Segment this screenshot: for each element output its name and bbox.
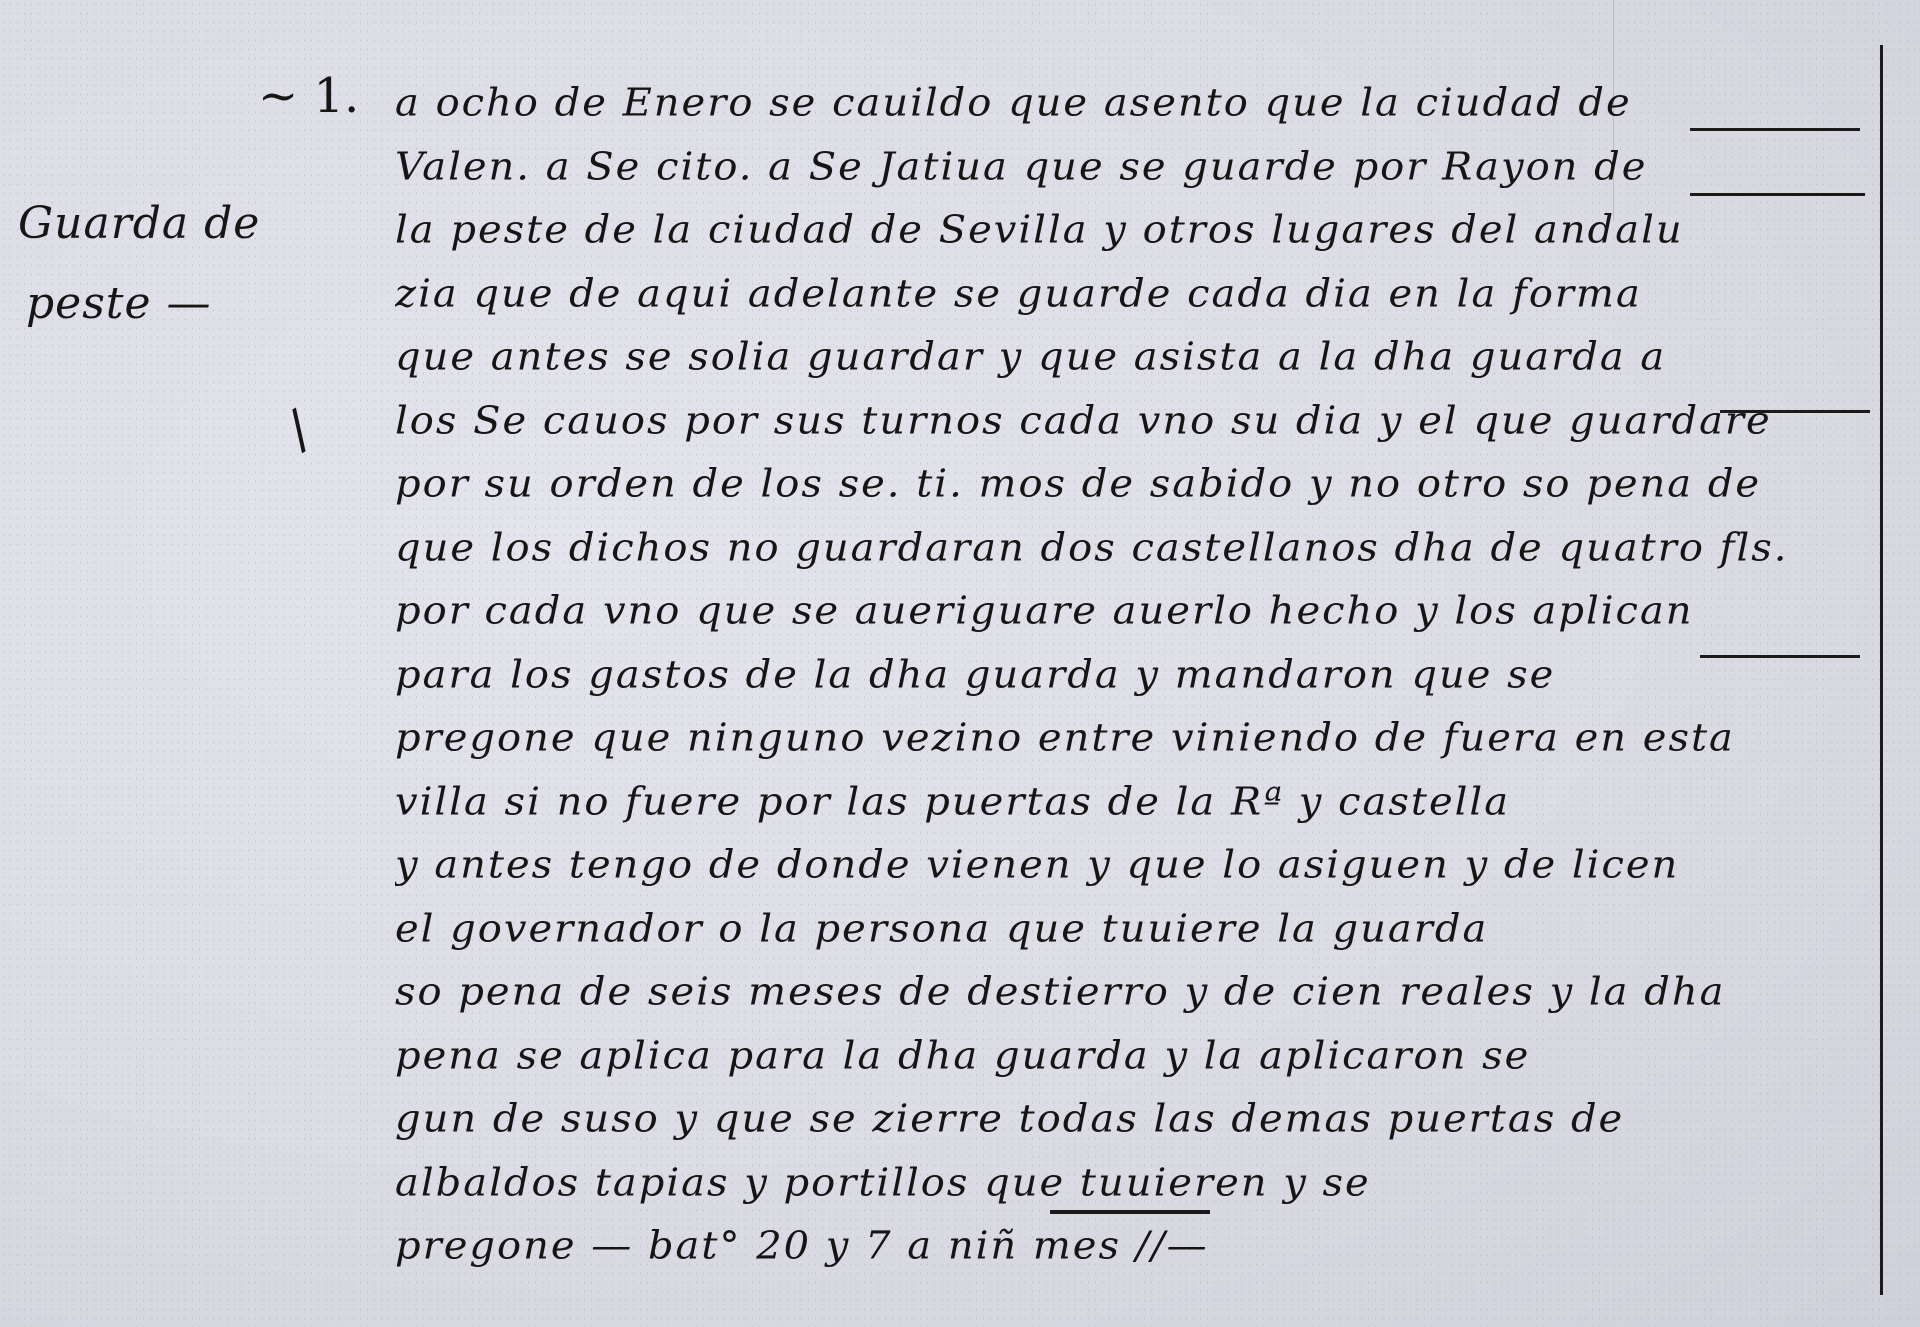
- line-end-flourish: [1690, 193, 1865, 196]
- margin-title-line-2: peste —: [26, 278, 212, 329]
- text-line-11: pregone que ninguno vezino entre viniend…: [395, 709, 1865, 769]
- text-line-4: zia que de aqui adelante se guarde cada …: [395, 264, 1865, 324]
- text-line-13: y antes tengo de donde vienen y que lo a…: [395, 836, 1865, 896]
- text-line-17: gun de suso y que se zierre todas las de…: [395, 1090, 1865, 1150]
- section-marker: ~ 1.: [258, 68, 359, 124]
- text-line-15: so pena de seis meses de destierro y de …: [395, 963, 1865, 1023]
- text-line-10: para los gastos de la dha guarda y manda…: [395, 645, 1865, 705]
- text-line-3: la peste de la ciudad de Sevilla y otros…: [395, 201, 1865, 261]
- text-line-14: el governador o la persona que tuuiere l…: [395, 899, 1865, 959]
- line-end-flourish: [1720, 410, 1870, 413]
- text-line-5: que antes se solia guardar y que asista …: [395, 328, 1865, 388]
- text-line-1: a ocho de Enero se cauildo que asento qu…: [395, 74, 1865, 134]
- manuscript-body: a ocho de Enero se cauildo que asento qu…: [395, 72, 1865, 1279]
- closing-flourish: [1050, 1210, 1210, 1214]
- line-end-flourish: [1690, 128, 1860, 131]
- text-line-6: los Se cauos por sus turnos cada vno su …: [395, 391, 1865, 451]
- text-line-2: Valen. a Se cito. a Se Jatiua que se gua…: [395, 137, 1865, 197]
- right-margin-rule: [1880, 45, 1883, 1295]
- text-line-12: villa si no fuere por las puertas de la …: [395, 772, 1865, 832]
- text-line-18: albaldos tapias y portillos que tuuieren…: [395, 1153, 1865, 1213]
- manuscript-page: ~ 1. / Guarda de peste — a ocho de Enero…: [0, 0, 1920, 1327]
- text-line-19: pregone — bat° 20 y 7 a niñ mes //—: [395, 1217, 1865, 1277]
- text-line-9: por cada vno que se aueriguare auerlo he…: [395, 582, 1865, 642]
- line-end-flourish: [1700, 655, 1860, 658]
- text-line-7: por su orden de los se. ti. mos de sabid…: [395, 455, 1865, 515]
- text-line-8: que los dichos no guardaran dos castella…: [395, 518, 1865, 578]
- margin-title-line-1: Guarda de: [18, 198, 260, 249]
- text-line-16: pena se aplica para la dha guarda y la a…: [395, 1026, 1865, 1086]
